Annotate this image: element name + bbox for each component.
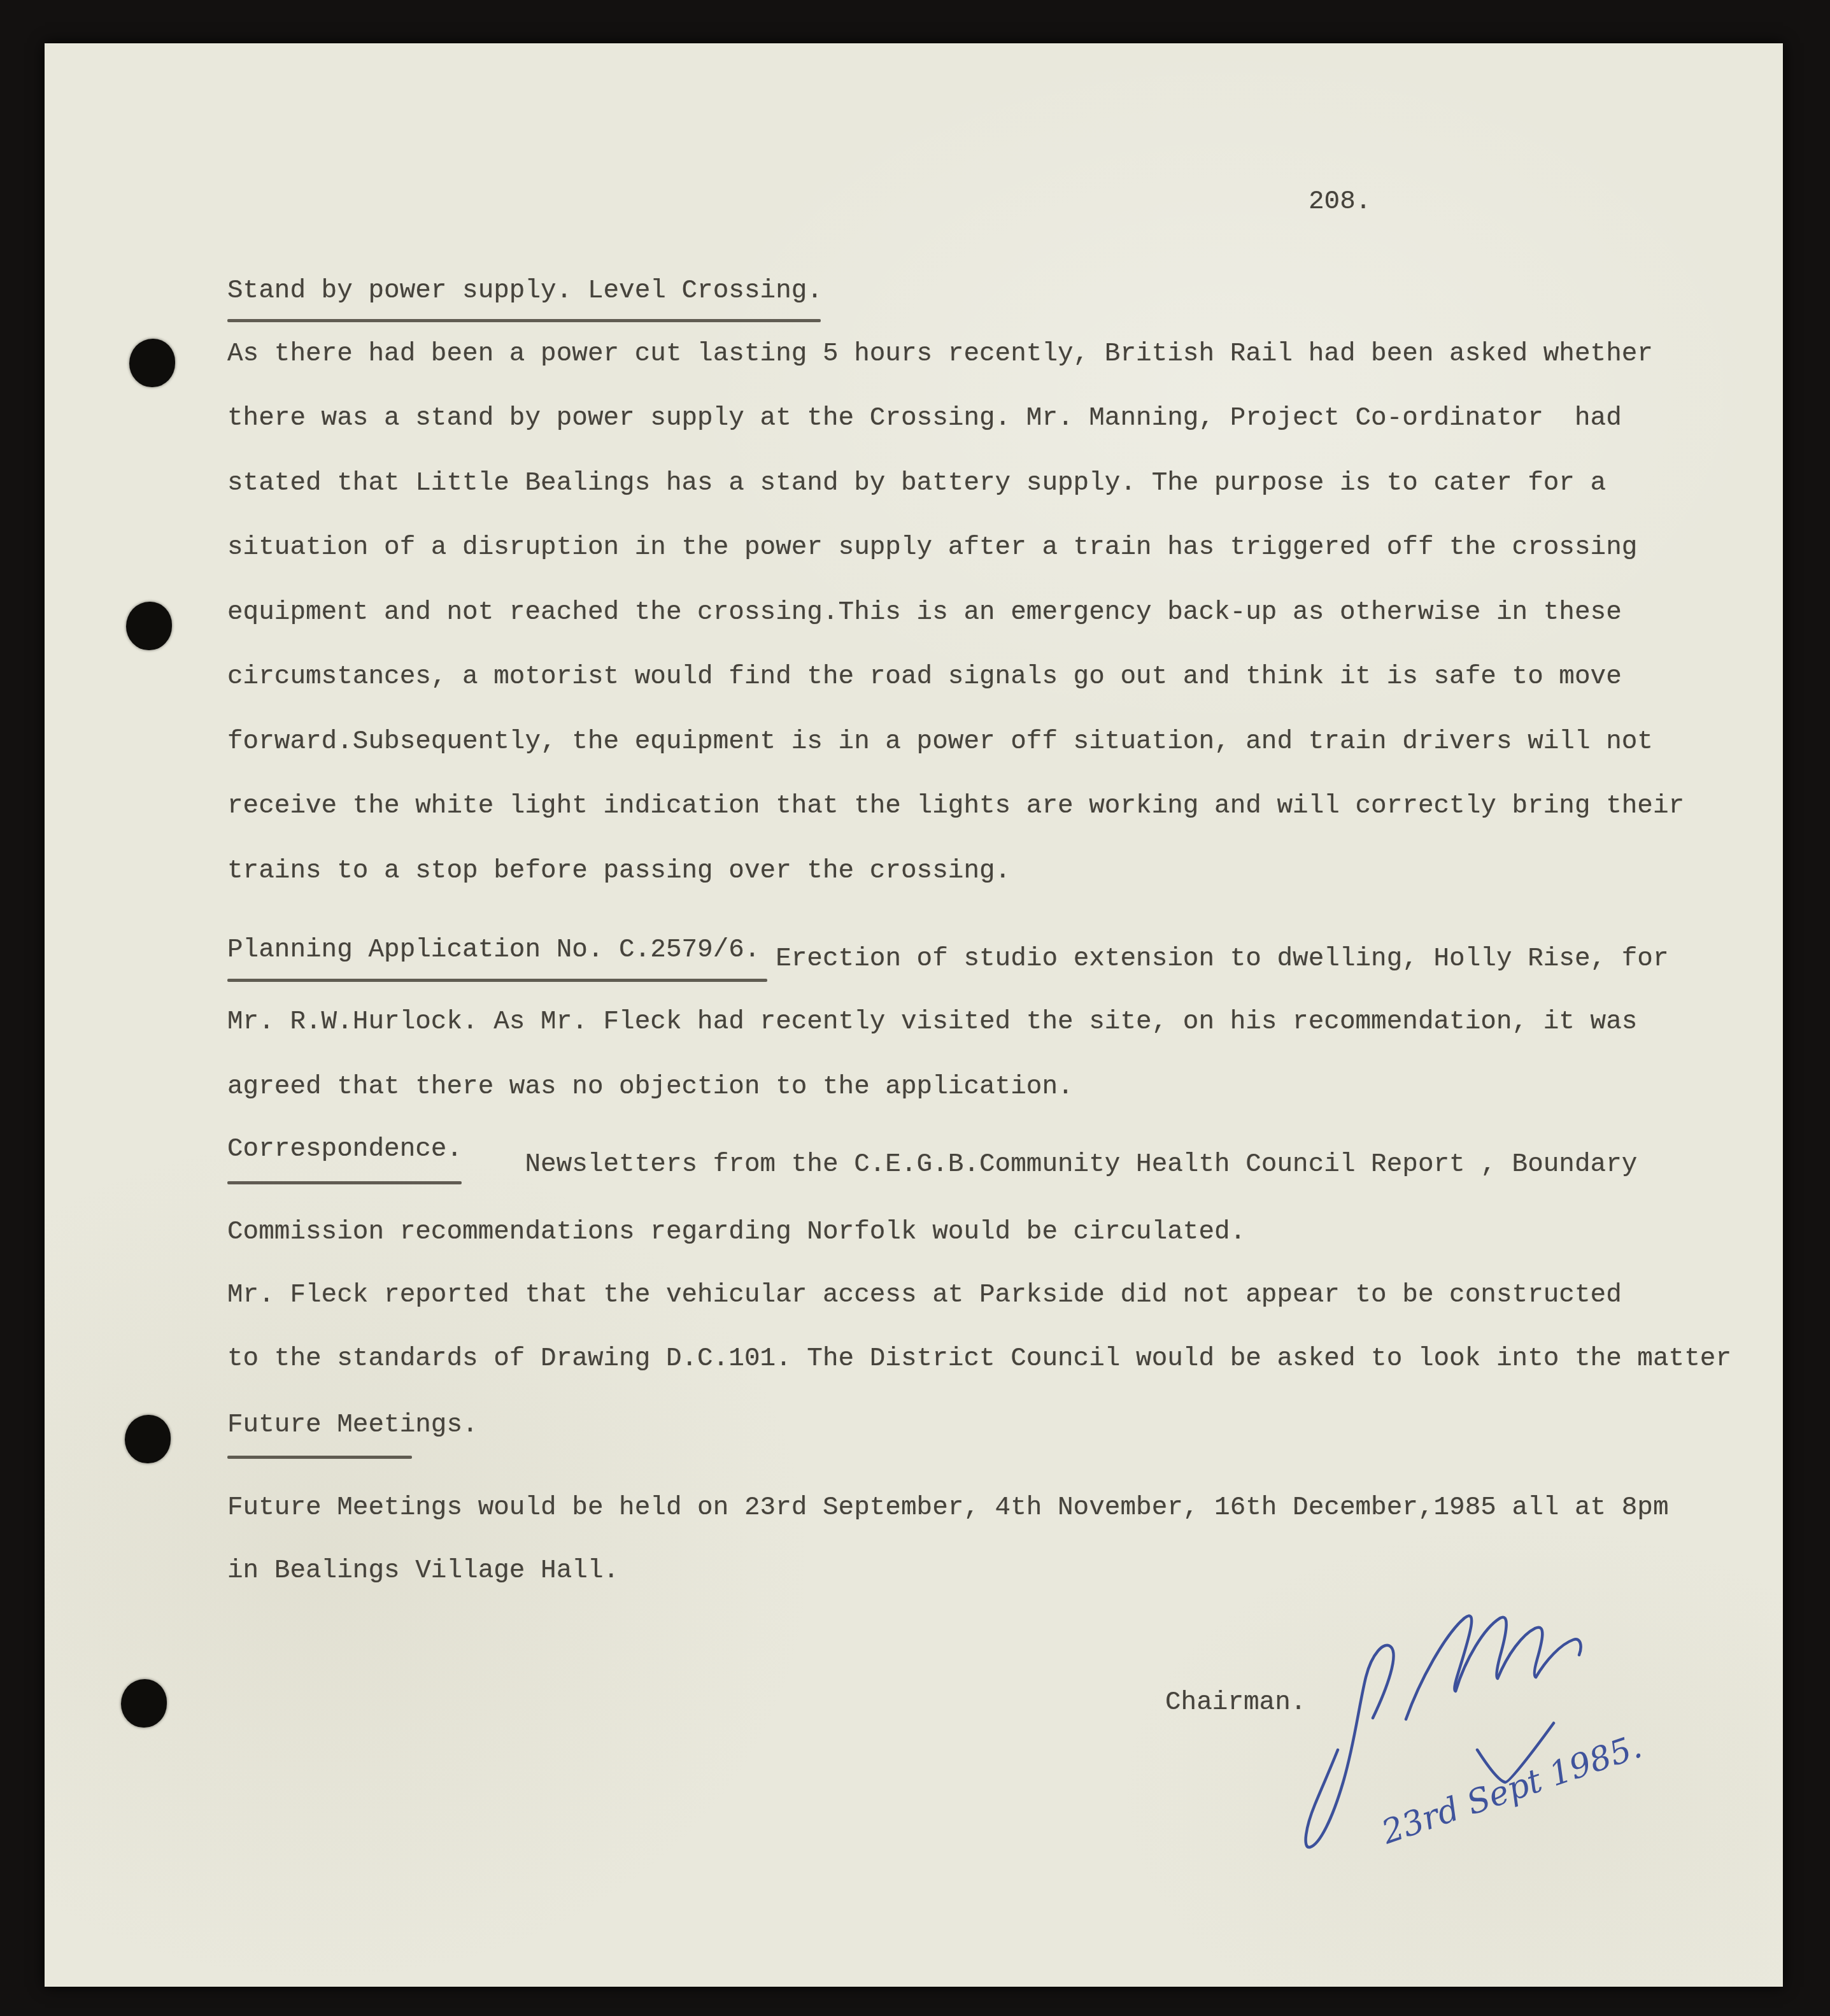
typed-line: to the standards of Drawing D.C.101. The…: [227, 1346, 1731, 1372]
typed-line: Mr. Fleck reported that the vehicular ac…: [227, 1282, 1622, 1309]
typed-line: receive the white light indication that …: [227, 793, 1684, 820]
punch-hole: [129, 339, 175, 387]
heading-future-meetings: Future Meetings.: [227, 1412, 478, 1438]
typed-line: Correspondence. Newsletters from the C.E…: [227, 1137, 1637, 1163]
typed-line: there was a stand by power supply at the…: [227, 406, 1622, 432]
planning-line-rest: Erection of studio extension to dwelling…: [760, 946, 1669, 972]
page-number: 208.: [1309, 189, 1371, 215]
typed-line: As there had been a power cut lasting 5 …: [227, 341, 1653, 367]
typed-line: trains to a stop before passing over the…: [227, 858, 1011, 884]
punch-hole: [121, 1679, 167, 1728]
heading-underline: [227, 979, 767, 982]
typed-line: stated that Little Bealings has a stand …: [227, 471, 1606, 497]
chairman-signature: 23rd Sept 1985.: [1254, 1559, 1713, 1915]
punch-hole: [125, 1415, 171, 1463]
typed-line: Mr. R.W.Hurlock. As Mr. Fleck had recent…: [227, 1009, 1637, 1035]
heading-underline: [227, 1181, 462, 1184]
correspondence-line-rest: Newsletters from the C.E.G.B.Community H…: [462, 1152, 1637, 1178]
signature-stroke: [1406, 1616, 1581, 1719]
typed-line: agreed that there was no objection to th…: [227, 1074, 1074, 1100]
typed-line: situation of a disruption in the power s…: [227, 535, 1637, 561]
typed-line: equipment and not reached the crossing.T…: [227, 600, 1622, 626]
paper-sheet: 208. Stand by power supply. Level Crossi…: [45, 43, 1783, 1987]
typed-line: circumstances, a motorist would find the…: [227, 664, 1622, 690]
typed-line: Planning Application No. C.2579/6. Erect…: [227, 937, 1669, 963]
heading-underline: [227, 1456, 412, 1459]
typed-line: Commission recommendations regarding Nor…: [227, 1219, 1245, 1246]
typed-line: forward.Subsequently, the equipment is i…: [227, 729, 1653, 755]
heading-correspondence: Correspondence.: [227, 1135, 462, 1164]
heading-planning-application: Planning Application No. C.2579/6.: [227, 935, 760, 965]
punch-hole: [126, 602, 172, 650]
heading-underline: [227, 319, 821, 322]
heading-standby-power: Stand by power supply. Level Crossing.: [227, 278, 823, 304]
typed-line: in Bealings Village Hall.: [227, 1558, 619, 1584]
signature-date: 23rd Sept 1985.: [1377, 1728, 1647, 1852]
document-scan: { "page": { "number": "208.", "paper_col…: [0, 0, 1830, 2016]
typed-line: Future Meetings would be held on 23rd Se…: [227, 1495, 1669, 1521]
